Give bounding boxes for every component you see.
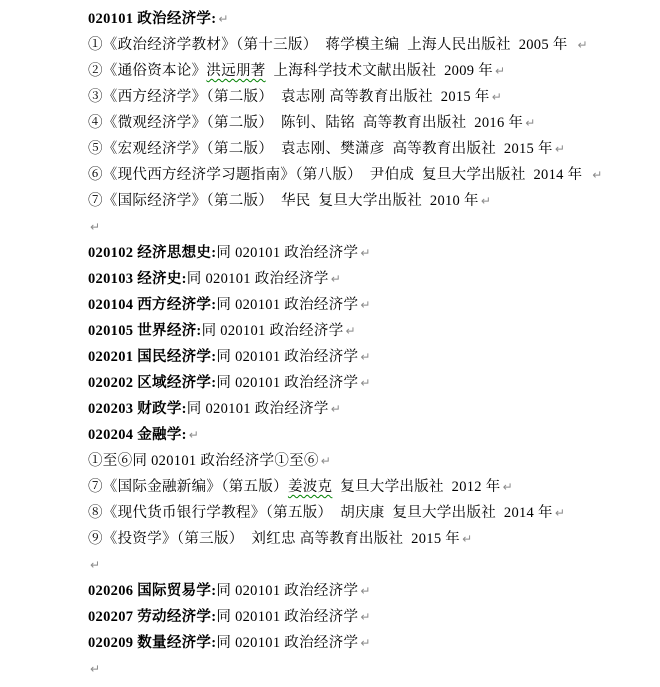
- paragraph-mark-icon: ↵: [358, 350, 370, 364]
- document-page[interactable]: 020101 政治经济学:↵①《政治经济学教材》（第十三版） 蒋学模主编 上海人…: [0, 0, 660, 687]
- paragraph-mark-icon: ↵: [344, 324, 356, 338]
- section-code-title: 020204 金融学:: [88, 427, 187, 443]
- line-text: ③《西方经济学》（第二版） 袁志刚 高等教育出版社 2015 年: [88, 89, 490, 105]
- line-text: 同 020101 政治经济学: [216, 375, 358, 391]
- line-text: ⑤《宏观经济学》（第二版） 袁志刚、樊潇彦 高等教育出版社 2015 年: [88, 141, 553, 157]
- book-item-f9: ⑨《投资学》（第三版） 刘红忠 高等教育出版社 2015 年↵: [88, 526, 650, 552]
- line-text: 同 020101 政治经济学: [216, 583, 358, 599]
- section-020206: 020206 国际贸易学:同 020101 政治经济学↵: [88, 578, 650, 604]
- book-item-f7: ⑦《国际金融新编》（第五版）姜波克 复旦大学出版社 2012 年↵: [88, 474, 650, 500]
- paragraph-mark-icon: ↵: [88, 662, 100, 676]
- line-text: 同 020101 政治经济学: [187, 401, 329, 417]
- paragraph-mark-icon: ↵: [523, 116, 535, 130]
- section-020102: 020102 经济思想史:同 020101 政治经济学↵: [88, 240, 650, 266]
- line-text: 同 020101 政治经济学: [216, 349, 358, 365]
- paragraph-mark-icon: ↵: [329, 272, 341, 286]
- section-code-title: 020102 经济思想史:: [88, 245, 216, 261]
- paragraph-mark-icon: ↵: [187, 428, 199, 442]
- paragraph-mark-icon: ↵: [88, 220, 100, 234]
- book-item-1: ①《政治经济学教材》（第十三版） 蒋学模主编 上海人民出版社 2005 年 ↵: [88, 32, 650, 58]
- paragraph-mark-icon: ↵: [590, 168, 602, 182]
- paragraph-mark-icon: ↵: [216, 12, 228, 26]
- paragraph-mark-icon: ↵: [358, 610, 370, 624]
- section-code-title: 020203 财政学:: [88, 401, 187, 417]
- line-text: ⑨《投资学》（第三版） 刘红忠 高等教育出版社 2015 年: [88, 531, 460, 547]
- section-020105: 020105 世界经济:同 020101 政治经济学↵: [88, 318, 650, 344]
- paragraph-mark-icon: ↵: [358, 636, 370, 650]
- section-020209: 020209 数量经济学:同 020101 政治经济学↵: [88, 630, 650, 656]
- blank-line: ↵: [88, 656, 650, 682]
- paragraph-mark-icon: ↵: [329, 402, 341, 416]
- paragraph-mark-icon: ↵: [501, 480, 513, 494]
- line-text: 同 020101 政治经济学: [187, 271, 329, 287]
- paragraph-mark-icon: ↵: [358, 246, 370, 260]
- line-text: ⑧《现代货币银行学教程》（第五版） 胡庆康 复旦大学出版社 2014 年: [88, 505, 553, 521]
- paragraph-mark-icon: ↵: [553, 142, 565, 156]
- section-020103: 020103 经济史:同 020101 政治经济学↵: [88, 266, 650, 292]
- spellcheck-flagged-text: 姜波克: [288, 479, 332, 495]
- book-item-3: ③《西方经济学》（第二版） 袁志刚 高等教育出版社 2015 年↵: [88, 84, 650, 110]
- section-code-title: 020201 国民经济学:: [88, 349, 216, 365]
- spellcheck-flagged-text: 洪远朋著: [206, 63, 265, 79]
- section-code-title: 020105 世界经济:: [88, 323, 202, 339]
- line-text: ②《通俗资本论》: [88, 63, 206, 79]
- section-code-title: 020209 数量经济学:: [88, 635, 216, 651]
- paragraph-mark-icon: ↵: [479, 194, 491, 208]
- paragraph-mark-icon: ↵: [460, 532, 472, 546]
- paragraph-mark-icon: ↵: [575, 38, 587, 52]
- line-text: 同 020101 政治经济学: [202, 323, 344, 339]
- line-text: ⑦《国际金融新编》（第五版）: [88, 479, 288, 495]
- paragraph-mark-icon: ↵: [490, 90, 502, 104]
- line-text: 同 020101 政治经济学: [216, 245, 358, 261]
- document-body: 020101 政治经济学:↵①《政治经济学教材》（第十三版） 蒋学模主编 上海人…: [88, 6, 650, 682]
- book-item-4: ④《微观经济学》（第二版） 陈钊、陆铭 高等教育出版社 2016 年↵: [88, 110, 650, 136]
- book-item-2: ②《通俗资本论》洪远朋著 上海科学技术文献出版社 2009 年↵: [88, 58, 650, 84]
- paragraph-mark-icon: ↵: [553, 506, 565, 520]
- section-code-title: 020207 劳动经济学:: [88, 609, 216, 625]
- section-code-title: 020104 西方经济学:: [88, 297, 216, 313]
- section-code-title: 020101 政治经济学:: [88, 11, 216, 27]
- paragraph-mark-icon: ↵: [358, 298, 370, 312]
- line-text: ⑦《国际经济学》（第二版） 华民 复旦大学出版社 2010 年: [88, 193, 479, 209]
- line-text: 同 020101 政治经济学: [216, 609, 358, 625]
- section-code-title: 020206 国际贸易学:: [88, 583, 216, 599]
- section-020104: 020104 西方经济学:同 020101 政治经济学↵: [88, 292, 650, 318]
- blank-line: ↵: [88, 214, 650, 240]
- paragraph-mark-icon: ↵: [493, 64, 505, 78]
- book-item-6: ⑥《现代西方经济学习题指南》（第八版） 尹伯成 复旦大学出版社 2014 年 ↵: [88, 162, 650, 188]
- line-text: ④《微观经济学》（第二版） 陈钊、陆铭 高等教育出版社 2016 年: [88, 115, 523, 131]
- paragraph-mark-icon: ↵: [88, 558, 100, 572]
- section-code-title: 020202 区域经济学:: [88, 375, 216, 391]
- paragraph-mark-icon: ↵: [358, 584, 370, 598]
- book-item-5: ⑤《宏观经济学》（第二版） 袁志刚、樊潇彦 高等教育出版社 2015 年↵: [88, 136, 650, 162]
- section-020101: 020101 政治经济学:↵: [88, 6, 650, 32]
- ref-range-note: ①至⑥同 020101 政治经济学①至⑥↵: [88, 448, 650, 474]
- section-020201: 020201 国民经济学:同 020101 政治经济学↵: [88, 344, 650, 370]
- paragraph-mark-icon: ↵: [358, 376, 370, 390]
- section-020203: 020203 财政学:同 020101 政治经济学↵: [88, 396, 650, 422]
- line-text: ①《政治经济学教材》（第十三版） 蒋学模主编 上海人民出版社 2005 年: [88, 37, 575, 53]
- section-020204: 020204 金融学:↵: [88, 422, 650, 448]
- blank-line: ↵: [88, 552, 650, 578]
- line-text: ⑥《现代西方经济学习题指南》（第八版） 尹伯成 复旦大学出版社 2014 年: [88, 167, 590, 183]
- line-text: 同 020101 政治经济学: [216, 297, 358, 313]
- book-item-7: ⑦《国际经济学》（第二版） 华民 复旦大学出版社 2010 年↵: [88, 188, 650, 214]
- book-item-f8: ⑧《现代货币银行学教程》（第五版） 胡庆康 复旦大学出版社 2014 年↵: [88, 500, 650, 526]
- line-text: 上海科学技术文献出版社 2009 年: [266, 63, 493, 79]
- line-text: 同 020101 政治经济学: [216, 635, 358, 651]
- paragraph-mark-icon: ↵: [319, 454, 331, 468]
- section-020207: 020207 劳动经济学:同 020101 政治经济学↵: [88, 604, 650, 630]
- line-text: ①至⑥同 020101 政治经济学①至⑥: [88, 453, 319, 469]
- section-020202: 020202 区域经济学:同 020101 政治经济学↵: [88, 370, 650, 396]
- section-code-title: 020103 经济史:: [88, 271, 187, 287]
- line-text: 复旦大学出版社 2012 年: [332, 479, 500, 495]
